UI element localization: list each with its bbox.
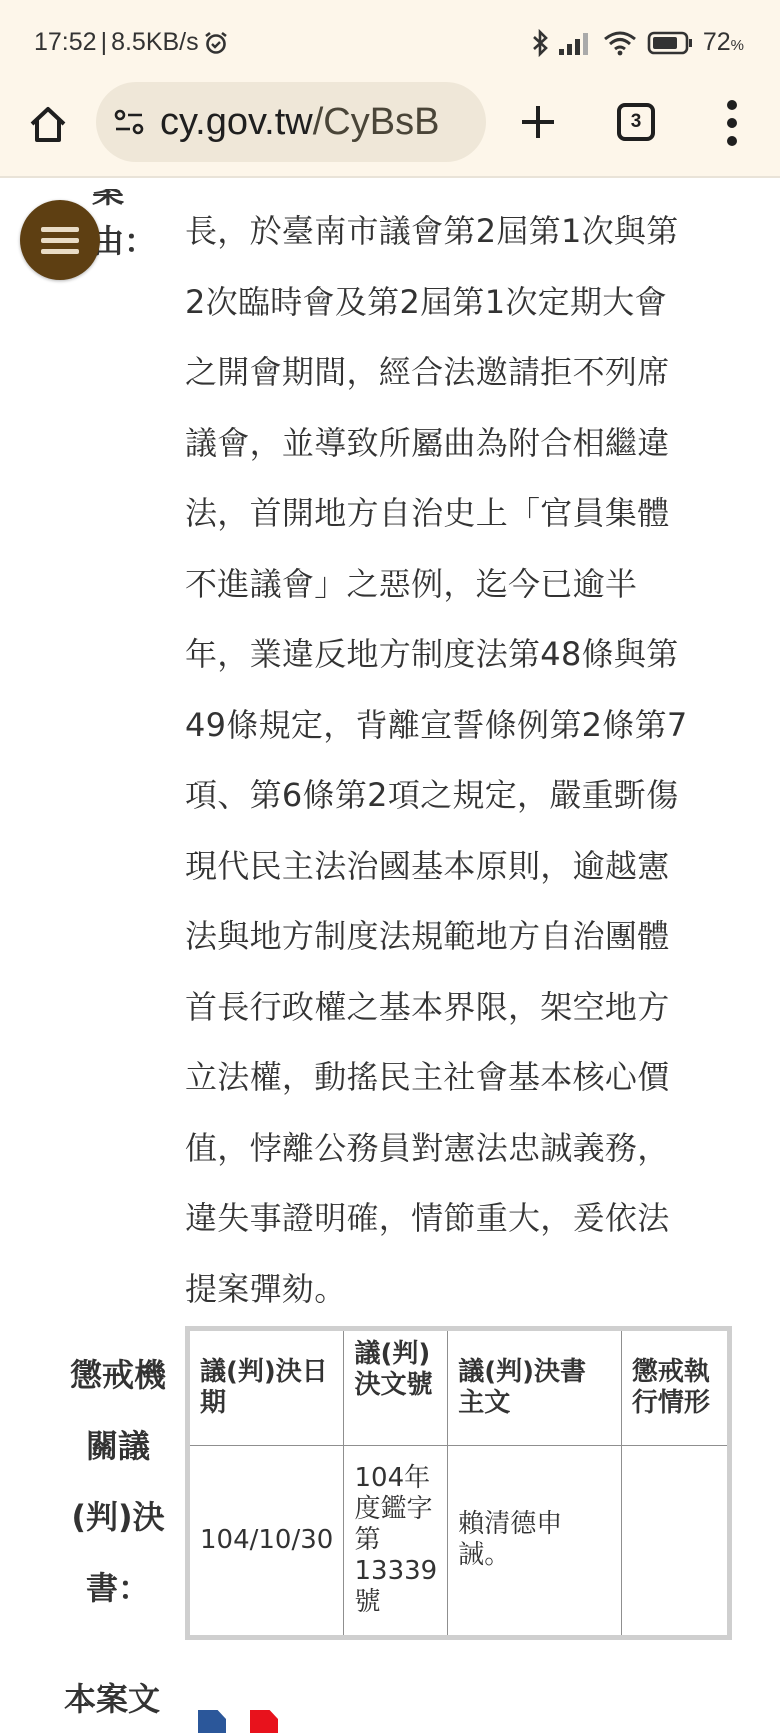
tab-switcher-button[interactable]: 3 [617,103,655,141]
pdf-icon[interactable] [250,1710,278,1733]
network-speed: 8.5KB/s [111,28,199,57]
table-row: 104/10/30 104年度鑑字第13339號 賴清德申誡。 [190,1445,727,1635]
home-icon[interactable] [26,102,70,146]
reason-line: 議會，並導致所屬曲為附合相繼違 [185,408,725,479]
browser-toolbar: cy.gov.tw/CyBsB 3 [0,82,780,178]
status-bar: 17:52 | 8.5KB/s 72% [0,0,780,82]
reason-line: 值，悖離公務員對憲法忠誠義務， [185,1113,725,1184]
reason-line: 項、第6條第2項之規定，嚴重斲傷 [185,760,725,831]
word-doc-icon[interactable] [198,1710,226,1733]
decision-label-line: 懲戒機 [58,1340,178,1411]
cell-decision-date: 104/10/30 [190,1445,344,1635]
decision-table: 議(判)決日期 議(判)決文號 議(判)決書主文 懲戒執行情形 104/10/3… [185,1326,732,1640]
hamburger-menu-button[interactable] [20,200,100,280]
reason-line: 違失事證明確，情節重大，爰依法 [185,1183,725,1254]
header-decision-date: 議(判)決日期 [190,1331,344,1445]
decision-label-line: (判)決 [58,1482,178,1553]
reason-line: 49條規定，背離宣誓條例第2條第7 [185,690,725,761]
hamburger-menu-icon [41,227,79,232]
address-bar[interactable]: cy.gov.tw/CyBsB [96,82,486,162]
decision-label: 懲戒機 關議 (判)決 書： [58,1340,178,1624]
cell-decision-number: 104年度鑑字第13339號 [344,1445,448,1635]
reason-line: 首長行政權之基本界限，架空地方 [185,972,725,1043]
url-text[interactable]: cy.gov.tw/CyBsB [160,101,439,144]
header-label: 議(判)決日期 [200,1357,328,1418]
reason-text: 長，於臺南市議會第2屆第1次與第 2次臨時會及第2屆第1次定期大會 之開會期間，… [185,196,725,1324]
cell-execution-status [621,1445,727,1635]
reason-line: 年，業違反地方制度法第48條與第 [185,619,725,690]
reason-line: 法與地方制度法規範地方自治團體 [185,901,725,972]
reason-label: 由： [92,216,156,262]
file-label: 本案文 [64,1674,160,1720]
header-decision-number: 議(判)決文號 [344,1331,448,1445]
reason-label-cut: 案 [92,180,124,212]
header-label: 懲戒執行情形 [632,1357,710,1418]
status-left: 17:52 | 8.5KB/s [34,28,229,57]
reason-line: 法，首開地方自治史上「官員集體 [185,478,725,549]
page-content: 案 由： 長，於臺南市議會第2屆第1次與第 2次臨時會及第2屆第1次定期大會 之… [0,180,780,1733]
site-settings-icon[interactable] [112,105,146,139]
reason-line: 現代民主法治國基本原則，逾越憲 [185,831,725,902]
decision-label-line: 關議 [58,1411,178,1482]
reason-line: 立法權，動搖民主社會基本核心價 [185,1042,725,1113]
header-decision-main-text: 議(判)決書主文 [448,1331,622,1445]
cell-decision-main-text: 賴清德申誡。 [448,1445,622,1635]
bluetooth-icon [531,29,549,57]
signal-icon [559,31,593,55]
reason-line: 不進議會」之惡例，迄今已逾半 [185,549,725,620]
more-vert-icon[interactable] [722,100,742,146]
battery-percent: 72% [703,28,744,57]
clock: 17:52 [34,28,97,57]
wifi-icon [603,30,637,56]
decision-label-line: 書： [58,1553,178,1624]
status-right: 72% [531,28,744,57]
reason-line: 長，於臺南市議會第2屆第1次與第 [185,196,725,267]
header-label: 議(判)決文號 [354,1339,432,1400]
header-execution-status: 懲戒執行情形 [621,1331,727,1445]
plus-icon[interactable] [516,100,560,144]
header-label: 議(判)決書主文 [458,1357,586,1418]
separator: | [101,28,108,57]
battery-icon [647,30,693,56]
alarm-icon [203,30,229,56]
reason-line: 之開會期間，經合法邀請拒不列席 [185,337,725,408]
reason-line: 2次臨時會及第2屆第1次定期大會 [185,267,725,338]
reason-line: 提案彈劾。 [185,1254,725,1325]
table-header-row: 議(判)決日期 議(判)決文號 議(判)決書主文 懲戒執行情形 [190,1331,727,1445]
